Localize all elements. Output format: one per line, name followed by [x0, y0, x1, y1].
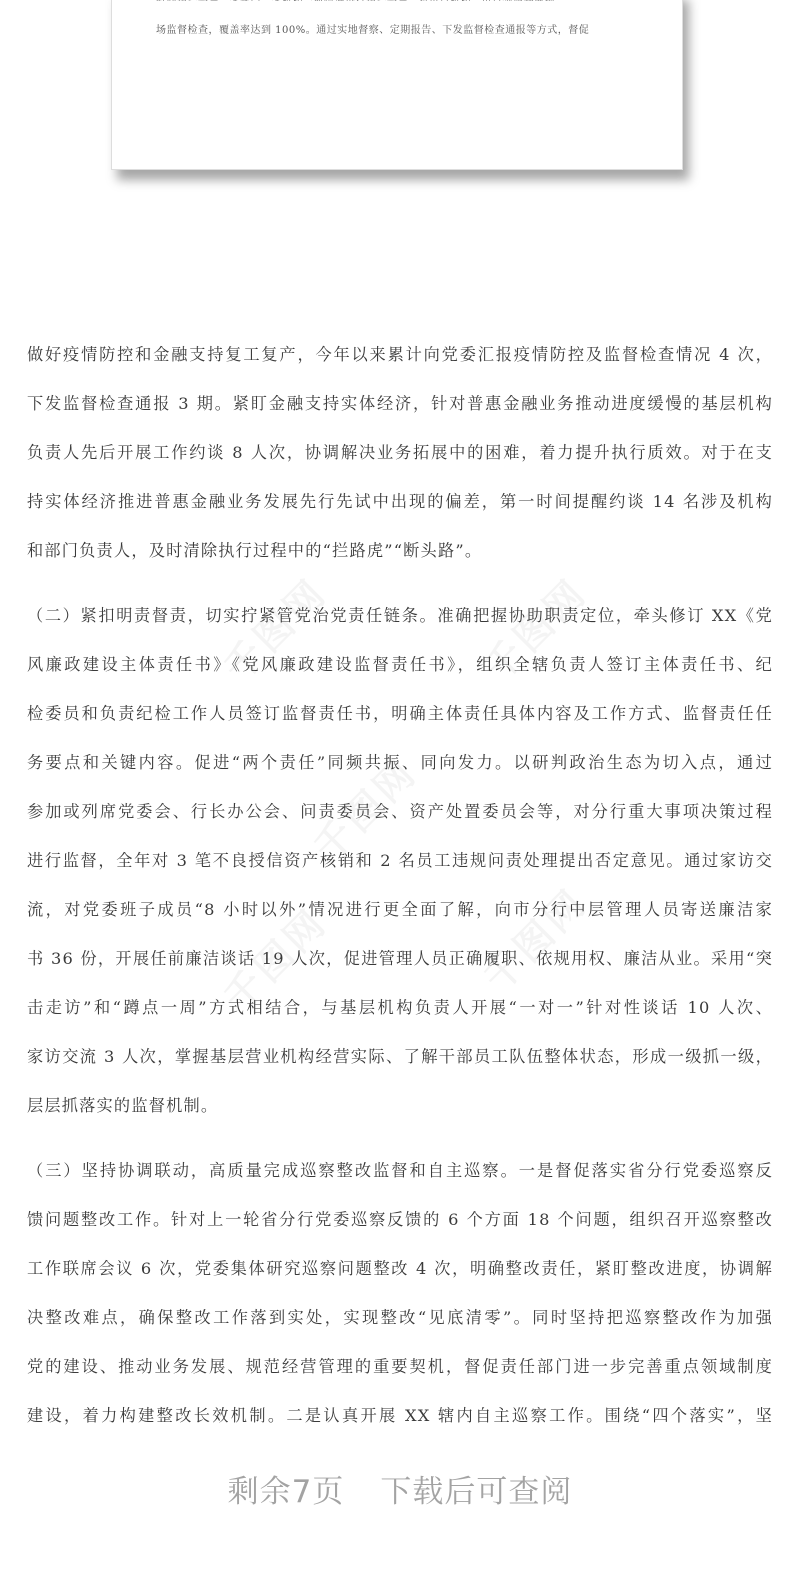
text-line: 做好疫情防控和金融支持复工复产，今年以来累计向党委汇报疫情防控及监督检查情况 4…: [27, 336, 773, 385]
text-line: 参加或列席党委会、行长办公会、问责委员会、资产处置委员会等，对分行重大事项决策过…: [27, 793, 773, 842]
text-line: 负责人先后开展工作约谈 8 人次，协调解决业务拓展中的困难，着力提升执行质效。对…: [27, 434, 773, 483]
text-line: （三）坚持协调联动，高质量完成巡察整改监督和自主巡察。一是督促落实省分行党委巡察…: [27, 1152, 773, 1201]
text-line: 党的建设、推动业务发展、规范经营管理的重要契机，督促责任部门进一步完善重点领域制…: [27, 1348, 773, 1397]
text-line: 务要点和关键内容。促进“两个责任”同频共振、同向发力。以研判政治生态为切入点，通…: [27, 744, 773, 793]
text-line: 击走访”和“蹲点一周”方式相结合，与基层机构负责人开展“一对一”针对性谈话 10…: [27, 989, 773, 1038]
text-line: 层层抓落实的监督机制。: [27, 1087, 773, 1136]
paragraph: （二）紧扣明责督责，切实拧紧管党治党责任链条。准确把握协助职责定位，牵头修订 X…: [27, 597, 773, 1136]
text-line: 流，对党委班子成员“8 小时以外”情况进行更全面了解，向市分行中层管理人员寄送廉…: [27, 891, 773, 940]
text-line: 持实体经济推进普惠金融业务发展先行先试中出现的偏差，第一时间提醒约谈 14 名涉…: [27, 483, 773, 532]
paragraph: （三）坚持协调联动，高质量完成巡察整改监督和自主巡察。一是督促落实省分行党委巡察…: [27, 1152, 773, 1446]
text-line: 和部门负责人，及时清除执行过程中的“拦路虎”“断头路”。: [27, 532, 773, 581]
text-line: 家访交流 3 人次，掌握基层营业机构经营实际、了解干部员工队伍整体状态，形成一级…: [27, 1038, 773, 1087]
preview-line: 场监督检查，覆盖率达到 100%。通过实地督察、定期报告、下发监督检查通报等方式…: [156, 21, 589, 36]
preview-cut-line: 时间跟踪督导，各部门、各机构完成情况进行跟踪督导，对重点机构、重点领域开展现: [156, 0, 555, 1]
document-body: 做好疫情防控和金融支持复工复产，今年以来累计向党委汇报疫情防控及监督检查情况 4…: [27, 336, 773, 1446]
text-line: 风廉政建设主体责任书》《党风廉政建设监督责任书》，组织全辖负责人签订主体责任书、…: [27, 646, 773, 695]
preview-page-card: 时间跟踪督导，各部门、各机构完成情况进行跟踪督导，对重点机构、重点领域开展现 场…: [111, 0, 683, 170]
download-hint-label[interactable]: 下载后可查阅: [380, 1466, 572, 1511]
text-line: （二）紧扣明责督责，切实拧紧管党治党责任链条。准确把握协助职责定位，牵头修订 X…: [27, 597, 773, 646]
text-line: 下发监督检查通报 3 期。紧盯金融支持实体经济，针对普惠金融业务推动进度缓慢的基…: [27, 385, 773, 434]
text-line: 书 36 份，开展任前廉洁谈话 19 人次，促进管理人员正确履职、依规用权、廉洁…: [27, 940, 773, 989]
text-line: 进行监督，全年对 3 笔不良授信资产核销和 2 名员工违规问责处理提出否定意见。…: [27, 842, 773, 891]
paragraph: 做好疫情防控和金融支持复工复产，今年以来累计向党委汇报疫情防控及监督检查情况 4…: [27, 336, 773, 581]
remaining-pages-label[interactable]: 剩余7页: [228, 1466, 345, 1511]
text-line: 馈问题整改工作。针对上一轮省分行党委巡察反馈的 6 个方面 18 个问题，组织召…: [27, 1201, 773, 1250]
text-line: 建设，着力构建整改长效机制。二是认真开展 XX 辖内自主巡察工作。围绕“四个落实…: [27, 1397, 773, 1446]
text-line: 工作联席会议 6 次，党委集体研究巡察问题整改 4 次，明确整改责任，紧盯整改进…: [27, 1250, 773, 1299]
text-line: 检委员和负责纪检工作人员签订监督责任书，明确主体责任具体内容及工作方式、监督责任…: [27, 695, 773, 744]
download-prompt[interactable]: 剩余7页下载后可查阅: [0, 1466, 800, 1511]
text-line: 决整改难点，确保整改工作落到实处，实现整改“见底清零”。同时坚持把巡察整改作为加…: [27, 1299, 773, 1348]
